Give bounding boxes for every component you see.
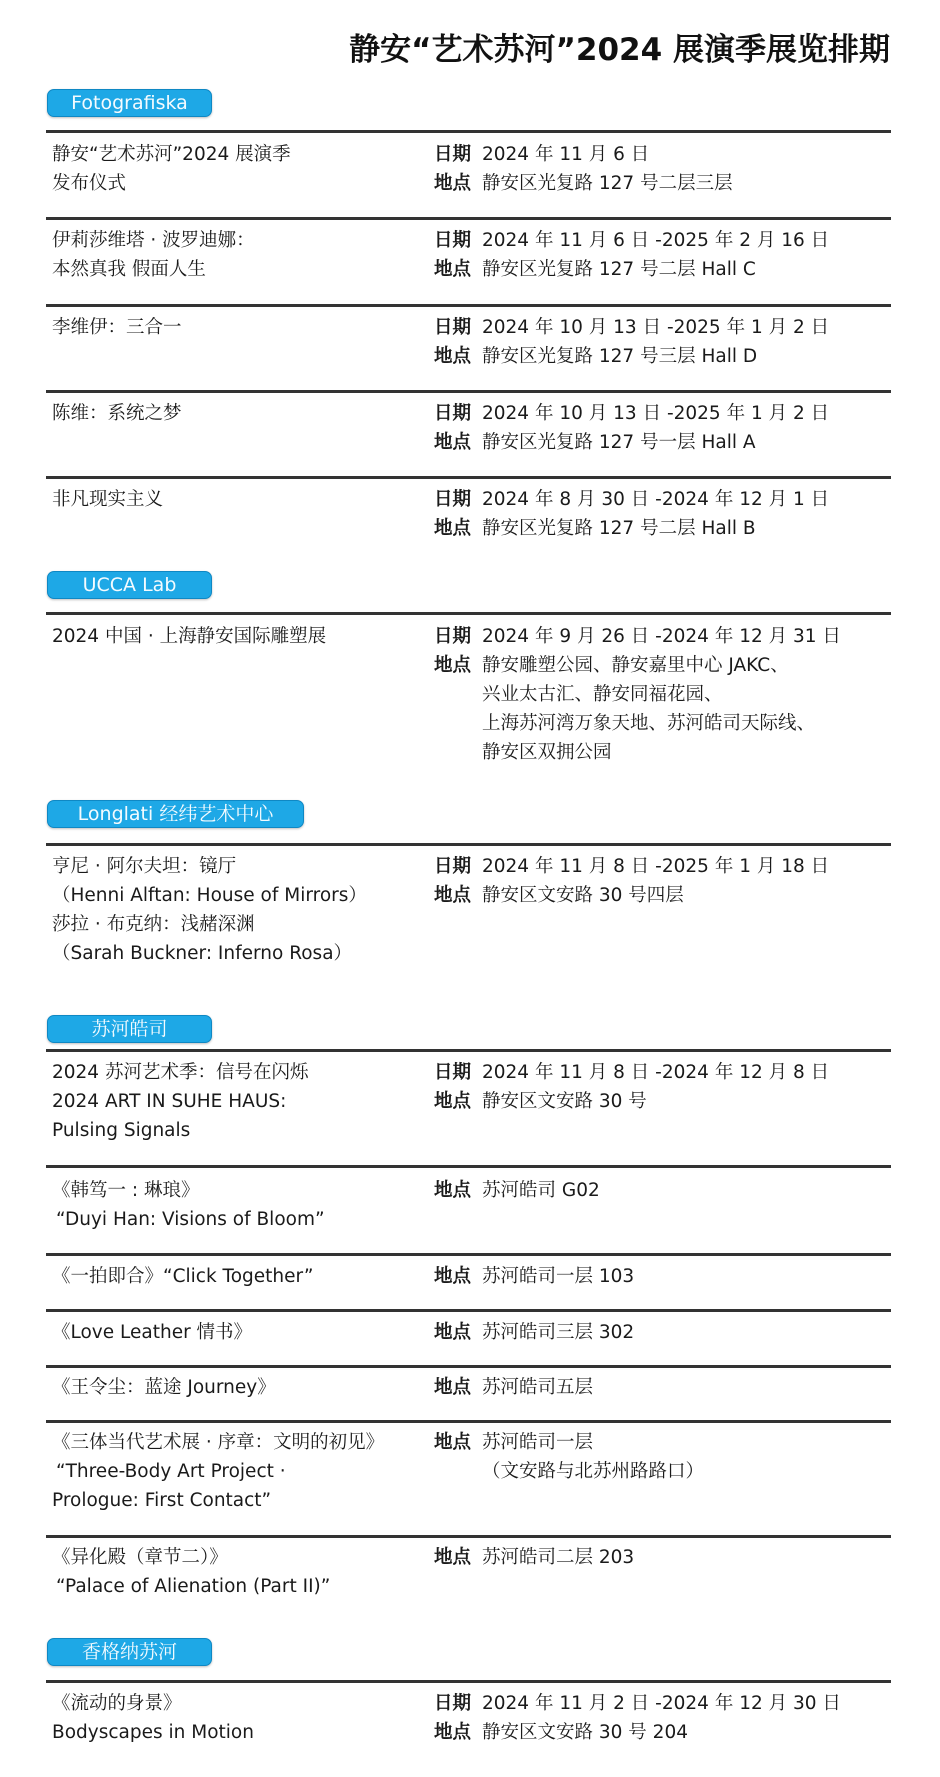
date-label: 日期 xyxy=(434,622,482,651)
title-line: 亨尼 · 阿尔夫坦：镜厅 xyxy=(52,852,432,881)
exhibition-info: 日期2024 年 11 月 8 日 -2025 年 1 月 18 日 地点静安区… xyxy=(434,852,904,910)
exhibition-title: 《Love Leather 情书》 xyxy=(52,1318,432,1347)
exhibition-title: 《一拍即合》“Click Together” xyxy=(52,1262,432,1291)
exhibition-info: 地点苏河皓司二层 203 xyxy=(434,1543,904,1572)
section-badge-shanghart-suhe: 香格纳苏河 xyxy=(47,1638,212,1666)
exhibition-info: 日期2024 年 11 月 6 日 地点静安区光复路 127 号二层三层 xyxy=(434,140,904,198)
date-label: 日期 xyxy=(434,226,482,255)
exhibition-title: 《韩笃一 : 琳琅》 “Duyi Han: Visions of Bloom” xyxy=(52,1176,432,1234)
location-label: 地点 xyxy=(434,1318,482,1347)
divider xyxy=(46,130,891,133)
location-label: 地点 xyxy=(434,1087,482,1116)
exhibition-title: 《异化殿（章节二）》 “Palace of Alienation (Part I… xyxy=(52,1543,432,1601)
location-value: 静安区光复路 127 号一层 Hall A xyxy=(482,428,904,457)
title-line: “Duyi Han: Visions of Bloom” xyxy=(52,1205,432,1234)
exhibition-info: 地点苏河皓司三层 302 xyxy=(434,1318,904,1347)
location-value: 苏河皓司五层 xyxy=(482,1373,904,1402)
divider xyxy=(46,1365,891,1368)
title-line: 《一拍即合》“Click Together” xyxy=(52,1262,432,1291)
title-line: “Three-Body Art Project · xyxy=(52,1457,432,1486)
divider xyxy=(46,843,891,846)
location-label: 地点 xyxy=(434,169,482,198)
exhibition-info: 地点苏河皓司 G02 xyxy=(434,1176,904,1205)
title-line: 非凡现实主义 xyxy=(52,485,432,514)
exhibition-title: 《王令尘：蓝途 Journey》 xyxy=(52,1373,432,1402)
divider xyxy=(46,612,891,615)
divider xyxy=(46,476,891,479)
title-line: 2024 中国 · 上海静安国际雕塑展 xyxy=(52,622,432,651)
title-line: （Sarah Buckner: Inferno Rosa） xyxy=(52,939,432,968)
divider xyxy=(46,1253,891,1256)
location-value: 苏河皓司 G02 xyxy=(482,1176,904,1205)
location-value: 静安区光复路 127 号三层 Hall D xyxy=(482,342,904,371)
location-value: 苏河皓司三层 302 xyxy=(482,1318,904,1347)
location-line: 兴业太古汇、静安同福花园、 xyxy=(482,680,904,709)
title-line: 《Love Leather 情书》 xyxy=(52,1318,432,1347)
title-line: 静安“艺术苏河”2024 展演季 xyxy=(52,140,432,169)
exhibition-info: 日期2024 年 11 月 6 日 -2025 年 2 月 16 日 地点静安区… xyxy=(434,226,904,284)
location-line: （文安路与北苏州路路口） xyxy=(482,1457,904,1486)
section-badge-ucca-lab: UCCA Lab xyxy=(47,571,212,599)
location-value: 苏河皓司一层 （文安路与北苏州路路口） xyxy=(482,1428,904,1486)
title-line: 《异化殿（章节二）》 xyxy=(52,1543,432,1572)
exhibition-info: 地点苏河皓司一层 103 xyxy=(434,1262,904,1291)
divider xyxy=(46,1420,891,1423)
title-line: 2024 苏河艺术季：信号在闪烁 xyxy=(52,1058,432,1087)
date-label: 日期 xyxy=(434,852,482,881)
date-label: 日期 xyxy=(434,140,482,169)
divider xyxy=(46,390,891,393)
location-label: 地点 xyxy=(434,1428,482,1486)
date-value: 2024 年 11 月 2 日 -2024 年 12 月 30 日 xyxy=(482,1689,904,1718)
divider xyxy=(46,1049,891,1052)
title-line: （Henni Alftan: House of Mirrors） xyxy=(52,881,432,910)
date-value: 2024 年 8 月 30 日 -2024 年 12 月 1 日 xyxy=(482,485,904,514)
exhibition-title: 李维伊：三合一 xyxy=(52,313,432,342)
exhibition-title: 亨尼 · 阿尔夫坦：镜厅 （Henni Alftan: House of Mir… xyxy=(52,852,432,968)
exhibition-info: 日期2024 年 8 月 30 日 -2024 年 12 月 1 日 地点静安区… xyxy=(434,485,904,543)
location-label: 地点 xyxy=(434,1543,482,1572)
location-label: 地点 xyxy=(434,1176,482,1205)
title-line: 莎拉 · 布克纳：浅赭深渊 xyxy=(52,910,432,939)
title-line: 2024 ART IN SUHE HAUS: xyxy=(52,1087,432,1116)
location-label: 地点 xyxy=(434,342,482,371)
title-line: “Palace of Alienation (Part II)” xyxy=(52,1572,432,1601)
location-value: 苏河皓司二层 203 xyxy=(482,1543,904,1572)
page-title: 静安“艺术苏河”2024 展演季展览排期 xyxy=(349,24,890,69)
location-label: 地点 xyxy=(434,1373,482,1402)
date-value: 2024 年 11 月 8 日 -2024 年 12 月 8 日 xyxy=(482,1058,904,1087)
title-line: Pulsing Signals xyxy=(52,1116,432,1145)
exhibition-title: 静安“艺术苏河”2024 展演季 发布仪式 xyxy=(52,140,432,198)
title-line: 《流动的身景》 xyxy=(52,1689,432,1718)
location-value: 静安雕塑公园、静安嘉里中心 JAKC、 兴业太古汇、静安同福花园、 上海苏河湾万… xyxy=(482,651,904,767)
location-label: 地点 xyxy=(434,255,482,284)
date-label: 日期 xyxy=(434,485,482,514)
title-line: 发布仪式 xyxy=(52,169,432,198)
section-badge-suhe-haus: 苏河皓司 xyxy=(47,1015,212,1043)
section-badge-fotografiska: Fotografiska xyxy=(47,89,212,117)
location-label: 地点 xyxy=(434,514,482,543)
location-line: 上海苏河湾万象天地、苏河皓司天际线、 xyxy=(482,709,904,738)
title-line: 本然真我 假面人生 xyxy=(52,255,432,284)
divider xyxy=(46,1535,891,1538)
exhibition-title: 《流动的身景》 Bodyscapes in Motion xyxy=(52,1689,432,1747)
location-value: 静安区光复路 127 号二层三层 xyxy=(482,169,904,198)
exhibition-title: 伊莉莎维塔 · 波罗迪娜： 本然真我 假面人生 xyxy=(52,226,432,284)
location-label: 地点 xyxy=(434,1718,482,1747)
date-label: 日期 xyxy=(434,313,482,342)
date-value: 2024 年 11 月 6 日 -2025 年 2 月 16 日 xyxy=(482,226,904,255)
exhibition-title: 2024 中国 · 上海静安国际雕塑展 xyxy=(52,622,432,651)
title-line: Prologue: First Contact” xyxy=(52,1486,432,1515)
location-value: 静安区光复路 127 号二层 Hall C xyxy=(482,255,904,284)
divider xyxy=(46,1680,891,1683)
exhibition-info: 地点苏河皓司五层 xyxy=(434,1373,904,1402)
divider xyxy=(46,1165,891,1168)
date-value: 2024 年 11 月 8 日 -2025 年 1 月 18 日 xyxy=(482,852,904,881)
location-label: 地点 xyxy=(434,1262,482,1291)
location-line: 静安雕塑公园、静安嘉里中心 JAKC、 xyxy=(482,651,904,680)
date-label: 日期 xyxy=(434,1689,482,1718)
location-value: 静安区文安路 30 号 xyxy=(482,1087,904,1116)
date-value: 2024 年 11 月 6 日 xyxy=(482,140,904,169)
title-line: 陈维：系统之梦 xyxy=(52,399,432,428)
location-value: 静安区光复路 127 号二层 Hall B xyxy=(482,514,904,543)
exhibition-info: 日期2024 年 11 月 2 日 -2024 年 12 月 30 日 地点静安… xyxy=(434,1689,904,1747)
title-line: 《韩笃一 : 琳琅》 xyxy=(52,1176,432,1205)
location-label: 地点 xyxy=(434,651,482,767)
date-value: 2024 年 9 月 26 日 -2024 年 12 月 31 日 xyxy=(482,622,904,651)
location-value: 静安区文安路 30 号四层 xyxy=(482,881,904,910)
title-line: 李维伊：三合一 xyxy=(52,313,432,342)
exhibition-title: 非凡现实主义 xyxy=(52,485,432,514)
exhibition-info: 日期2024 年 10 月 13 日 -2025 年 1 月 2 日 地点静安区… xyxy=(434,313,904,371)
location-line: 苏河皓司一层 xyxy=(482,1428,904,1457)
title-line: 伊莉莎维塔 · 波罗迪娜： xyxy=(52,226,432,255)
title-line: Bodyscapes in Motion xyxy=(52,1718,432,1747)
divider xyxy=(46,304,891,307)
divider xyxy=(46,217,891,220)
exhibition-title: 《三体当代艺术展 · 序章：文明的初见》 “Three-Body Art Pro… xyxy=(52,1428,432,1515)
exhibition-title: 2024 苏河艺术季：信号在闪烁 2024 ART IN SUHE HAUS: … xyxy=(52,1058,432,1145)
location-label: 地点 xyxy=(434,428,482,457)
section-badge-longlati: Longlati 经纬艺术中心 xyxy=(47,800,304,828)
exhibition-info: 日期2024 年 11 月 8 日 -2024 年 12 月 8 日 地点静安区… xyxy=(434,1058,904,1116)
exhibition-info: 地点 苏河皓司一层 （文安路与北苏州路路口） xyxy=(434,1428,904,1486)
location-label: 地点 xyxy=(434,881,482,910)
date-value: 2024 年 10 月 13 日 -2025 年 1 月 2 日 xyxy=(482,313,904,342)
date-label: 日期 xyxy=(434,1058,482,1087)
location-value: 苏河皓司一层 103 xyxy=(482,1262,904,1291)
exhibition-info: 日期2024 年 10 月 13 日 -2025 年 1 月 2 日 地点静安区… xyxy=(434,399,904,457)
divider xyxy=(46,1309,891,1312)
exhibition-info: 日期2024 年 9 月 26 日 -2024 年 12 月 31 日 地点 静… xyxy=(434,622,904,767)
title-line: 《三体当代艺术展 · 序章：文明的初见》 xyxy=(52,1428,432,1457)
location-value: 静安区文安路 30 号 204 xyxy=(482,1718,904,1747)
date-label: 日期 xyxy=(434,399,482,428)
date-value: 2024 年 10 月 13 日 -2025 年 1 月 2 日 xyxy=(482,399,904,428)
title-line: 《王令尘：蓝途 Journey》 xyxy=(52,1373,432,1402)
exhibition-title: 陈维：系统之梦 xyxy=(52,399,432,428)
location-line: 静安区双拥公园 xyxy=(482,738,904,767)
